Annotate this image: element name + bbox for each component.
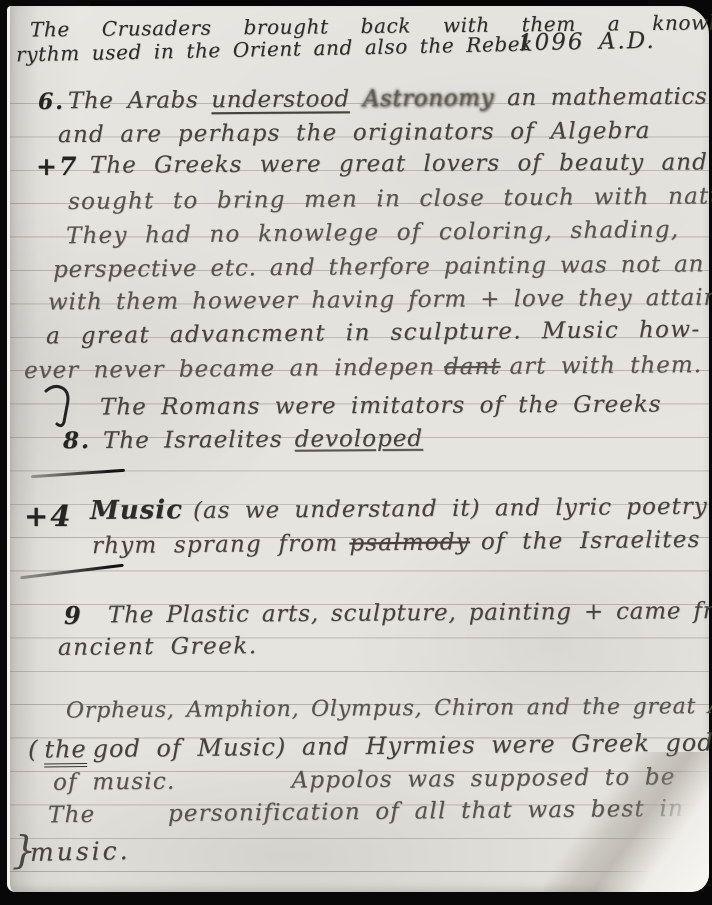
handwriting-line: The Greeks were great lovers of beauty a… [90, 150, 712, 179]
margin-dash [31, 469, 125, 479]
underlined-word: devoloped [295, 427, 424, 453]
handwriting-line: perspective etc. and therfore painting w… [53, 252, 712, 283]
entry-7-text: art with them. [509, 353, 702, 380]
entry-4-marker: +4 [24, 501, 72, 533]
handwriting-line: ancient Greek. [58, 634, 258, 661]
handwriting-line: The Arabs understood Astronomy an mathem… [68, 85, 708, 115]
entry-4-text: rhym sprang from [92, 532, 339, 560]
handwriting-line: 8. The Israelites devoloped [63, 426, 423, 455]
entry-7-text: ever never became an indepen [24, 355, 435, 384]
struck-word: dant [444, 355, 501, 381]
notebook-page: The Crusaders brought back with them a k… [7, 6, 709, 892]
entry-4-text: (as we understand it) and lyric poetry w… [193, 494, 712, 524]
handwriting-line: ever never became an indepen dant art wi… [24, 353, 702, 384]
entry-6-marker: 6. [38, 90, 65, 114]
romans-line: The Romans were imitators of the Greeks [100, 393, 662, 421]
entry-8-text: The Israelites [103, 428, 283, 455]
handwriting-line: sought to bring men in close touch with … [68, 184, 712, 215]
scanned-document: The Crusaders brought back with them a k… [0, 0, 712, 905]
handwriting-line: The personification of all that was best… [48, 797, 684, 829]
handwriting-line: a great advancment in sculpture. Music h… [46, 318, 701, 350]
handwriting-line: and are perhaps the originators of Algeb… [58, 119, 651, 148]
crossed-out-word: Astronomy [363, 86, 495, 112]
handwriting-line: with them however having form + love the… [48, 286, 712, 316]
handwriting-line: Orpheus, Amphion, Olympus, Chiron and th… [66, 694, 712, 723]
handwriting-line: music. [30, 837, 131, 866]
handwriting-line: rhym sprang from psalmody of the Israeli… [92, 528, 701, 560]
entry-8-marker: 8. [63, 428, 91, 453]
entry-7-marker: +7 [36, 153, 78, 181]
double-underlined-word: the [44, 736, 87, 768]
struck-word: psalmody [349, 530, 470, 557]
emphasized-word: Music [90, 496, 183, 525]
entry-9-marker: 9 [64, 603, 83, 629]
header-date: 1096 A.D. [518, 29, 656, 57]
handwriting-line: ( the god of Music) and Hyrmies were Gre… [28, 729, 712, 768]
entry-6-text: an mathematics [507, 85, 707, 112]
hook-mark-icon [43, 382, 73, 428]
gods-text: god of Music) and Hyrmies were Greek god… [93, 729, 712, 762]
underlined-word: understood [211, 87, 350, 113]
entry-6-text: The Arabs [68, 88, 199, 114]
handwriting-line: The Plastic arts, sculpture, painting + … [108, 599, 712, 629]
handwriting-line: They had no knowlege of coloring, shadin… [66, 218, 679, 250]
gods-text: ( [28, 737, 39, 763]
handwriting-line: of music. Appolos was supposed to be [53, 765, 676, 796]
entry-4-text: of the Israelites [481, 528, 701, 556]
handwriting-line: Music (as we understand it) and lyric po… [90, 491, 712, 526]
margin-dash [20, 564, 124, 580]
